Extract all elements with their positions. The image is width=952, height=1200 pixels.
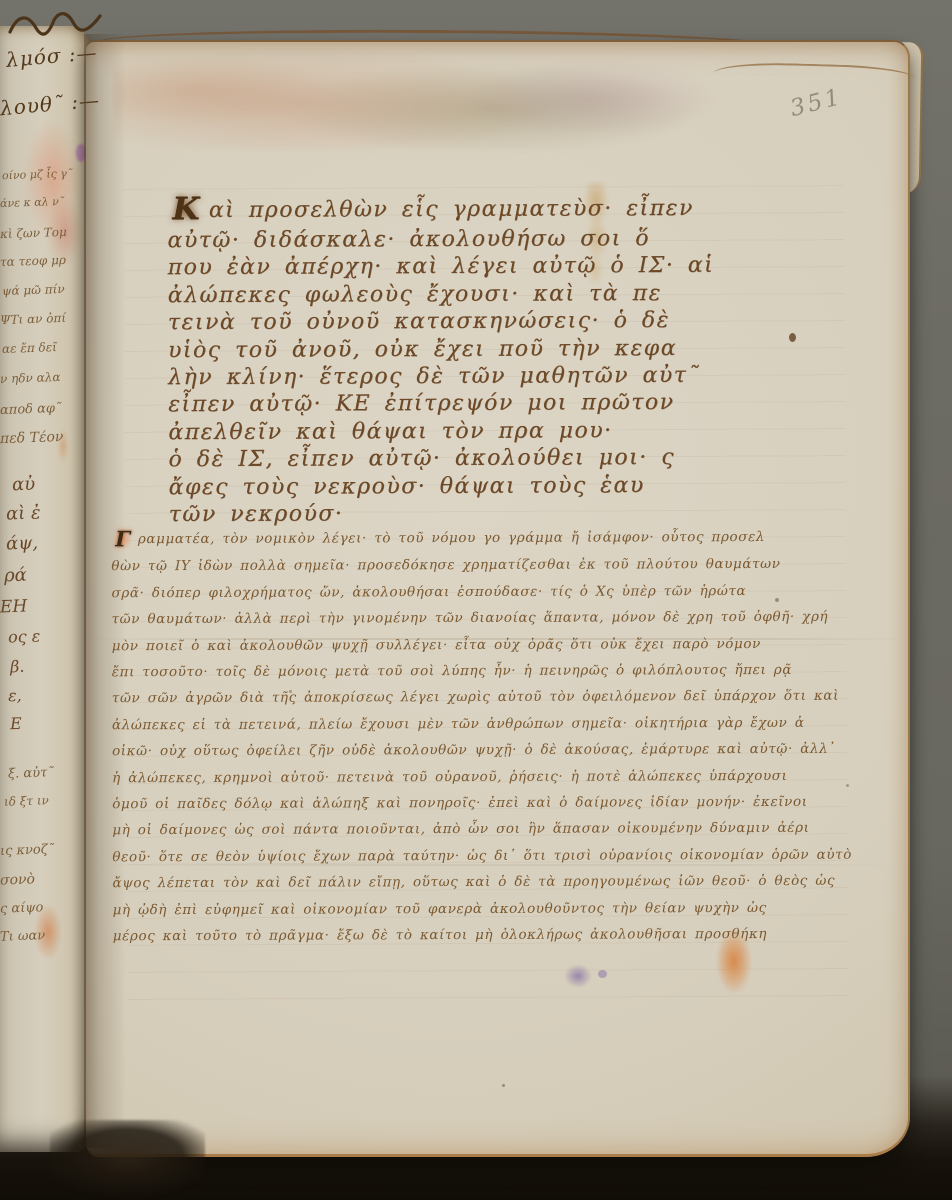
gospel-line: ἀπελθεῖν καὶ θάψαι τὸν πρα μου·: [168, 417, 715, 447]
marginal-fragment: ν ηδν αλα: [0, 370, 61, 386]
parchment-crease: [86, 638, 908, 640]
drip-stain: [578, 182, 614, 284]
marginal-fragment: σονὸ: [0, 871, 35, 888]
commentary-line: ἔπι τοσοῦτο· τοῖς δὲ μόνοις μετὰ τοῦ σοὶ…: [112, 657, 852, 686]
commentary-line: θὼν τῷ ΙΥ ἰδὼν πολλὰ σημεῖα· προσεδόκησε…: [111, 551, 851, 580]
marginal-fragment: ψά μῶ πίν: [2, 282, 65, 298]
gospel-text-block: Καὶ προσελθὼν εἷς γραμματεὺσ· εἶπεν αὐτῷ…: [167, 190, 715, 529]
gospel-line: εἶπεν αὐτῷ· ΚΕ ἐπίτρεψόν μοι πρῶτον: [168, 389, 715, 419]
commentary-line: μὸν ποιεῖ ὁ καὶ ἀκολουθῶν ψυχῇ συλλέγει·…: [112, 630, 852, 659]
commentary-line: οἰκῶ· οὐχ οὕτως ὀφείλει ζῆν οὐδὲ ἀκολουθ…: [112, 736, 852, 765]
facing-leaf-text-fragments: λμόσ :— λουθ῀ :— οίνο μζ ἷς γ῀ άνε κ αλ …: [0, 0, 110, 1200]
marginal-fragment: Ε: [10, 714, 22, 733]
commentary-line: μὴ ᾠδὴ ἐπὶ εὐφημεῖ καὶ οἰκονομίαν τοῦ φα…: [113, 894, 853, 923]
gospel-line: λὴν κλίνη· ἕτερος δὲ τῶν μαθητῶν αὐτ῀: [168, 362, 715, 392]
fox-spot: [502, 1084, 505, 1087]
gospel-line: ἄφες τοὺς νεκροὺσ· θάψαι τοὺς ἑαυ: [168, 471, 715, 501]
marginal-fragment: ΨΤι αν ὀπί: [0, 311, 66, 327]
marginal-fragment: ις κνοζ῀: [0, 842, 55, 859]
marginal-fragment: β.: [10, 657, 25, 676]
gospel-line: υἱὸς τοῦ ἀνοῦ, οὐκ ἔχει ποῦ τὴν κεφα: [168, 334, 715, 364]
commentary-line: ἡ ἀλώπεκες, κρημνοὶ αὐτοῦ· πετεινὰ τοῦ ο…: [112, 762, 852, 791]
marginal-fragment: ΕΗ: [0, 597, 28, 618]
manuscript-photo: 351 Καὶ προσελθὼν εἷς γραμματεὺσ· εἶπεν …: [0, 0, 952, 1200]
fox-spot: [789, 333, 796, 342]
ruling-lines: [124, 185, 848, 1014]
gospel-line: τῶν νεκρούσ·: [169, 499, 716, 529]
commentary-line: ὁμοῦ οἱ παῖδες δόλῳ καὶ ἀλώπηξ καὶ πονηρ…: [112, 789, 852, 818]
marginal-fragment: ε,: [8, 686, 22, 705]
commentary-line: μὴ οἱ δαίμονες ὡς σοὶ πάντα ποιοῦνται, ἀ…: [112, 815, 852, 844]
parchment-crease: [86, 864, 908, 866]
commentary-line: Γραμματέα, τὸν νομικὸν λέγει· τὸ τοῦ νόμ…: [111, 523, 851, 554]
gospel-line: τεινὰ τοῦ οὐνοῦ κατασκηνώσεις· ὁ δὲ: [168, 307, 715, 337]
page-edge-line: [600, 42, 912, 64]
marginal-fragment: πεδ Τέον: [0, 429, 64, 447]
commentary-text-block: Γραμματέα, τὸν νομικὸν λέγει· τὸ τοῦ νόμ…: [111, 523, 852, 950]
pink-stain: [12, 116, 92, 281]
marginal-fragment: Τι ωαν: [0, 928, 45, 945]
commentary-line: μέρος καὶ τοῦτο τὸ πρᾶγμα· ἔξω δὲ τὸ καί…: [113, 921, 853, 950]
marginal-fragment: ς αίψο: [0, 900, 44, 917]
gospel-line: που ἐὰν ἀπέρχη· καὶ λέγει αὐτῷ ὁ ΙΣ· αἱ: [168, 252, 715, 282]
gospel-line-text: αὶ προσελθὼν εἷς γραμματεὺσ· εἶπεν: [209, 196, 694, 223]
purple-smudge-dot: [598, 970, 607, 978]
gospel-line: Καὶ προσελθὼν εἷς γραμματεὺσ· εἶπεν: [167, 190, 714, 227]
marginal-fragment: λουθ῀ :—: [0, 88, 101, 121]
commentary-line: θεοῦ· ὅτε σε θεὸν ὑψίοις ἔχων παρὰ ταύτη…: [112, 842, 852, 871]
gospel-line: αὐτῷ· διδάσκαλε· ἀκολουθήσω σοι ὅ: [167, 225, 714, 255]
purple-smudge: [564, 964, 592, 988]
fox-spot: [289, 690, 292, 693]
marginal-fragment: τα τεοφ μρ: [0, 253, 66, 269]
marginal-fragment: οίνο μζ ἷς γ῀: [2, 167, 73, 182]
marginal-fragment: αποδ αφ῀: [0, 401, 62, 418]
drop-initial: Γ: [111, 525, 135, 553]
folio-number: 351: [788, 84, 846, 122]
table-shadow: [0, 1075, 952, 1200]
pen-trial-squiggle: [8, 8, 104, 38]
marginal-fragment: άνε κ αλ ν῀: [0, 195, 65, 210]
commentary-line: ἀλώπεκες εἰ τὰ πετεινά, πλείω ἔχουσι μὲν…: [112, 710, 852, 739]
manuscript-page: [86, 40, 910, 1157]
orange-stain: [34, 904, 62, 960]
commentary-line: ἄψος λέπεται τὸν καὶ δεῖ πάλιν εἴπῃ, οὕτ…: [112, 868, 852, 897]
marginal-fragment: αὶ ἐ: [6, 502, 41, 524]
wax-stain: [716, 928, 752, 994]
drop-initial: Κ: [167, 192, 206, 227]
marginal-fragment: λμόσ :—: [5, 40, 98, 72]
fox-spot: [846, 784, 849, 787]
gutter-shadow: [84, 34, 126, 1148]
commentary-line: τῶν θαυμάτων· ἀλλὰ περὶ τὴν γινομένην τῶ…: [112, 604, 852, 633]
marginal-fragment: ος ε: [8, 626, 41, 646]
orange-streak-stain: [57, 428, 69, 464]
marginal-fragment: αε ἔπ δεῖ: [2, 340, 57, 356]
commentary-line: τῶν σῶν ἀγρῶν διὰ τῆς ἀποκρίσεως λέγει χ…: [112, 683, 852, 712]
commentary-line: σρᾶ· διόπερ φιλοχρήματος ὤν, ἀκολουθήσαι…: [111, 578, 851, 607]
faded-stain-band: [114, 48, 776, 150]
marginal-fragment: άψ,: [6, 532, 39, 554]
purple-dot-stain: [76, 144, 86, 162]
gospel-line: ὁ δὲ ΙΣ, εἶπεν αὐτῷ· ἀκολούθει μοι· ς: [168, 444, 715, 474]
marginal-fragment: κὶ ζων Τομ: [0, 225, 67, 241]
page-edge-line: [714, 61, 916, 79]
binding-shadow: [50, 1120, 205, 1200]
marginal-fragment: ιδ ξτ ιν: [4, 793, 49, 809]
under-leaf-corner: [865, 42, 924, 195]
marginal-fragment: ρά: [4, 565, 27, 587]
page-edge-line: [95, 28, 785, 48]
gospel-line: ἀλώπεκες φωλεοὺς ἔχουσι· καὶ τὰ πε: [168, 280, 715, 310]
fox-spot: [775, 598, 779, 602]
marginal-fragment: αὐ: [12, 474, 36, 496]
facing-leaf-edge: [0, 26, 98, 1152]
commentary-line-text: ραμματέα, τὸν νομικὸν λέγει· τὸ τοῦ νόμο…: [138, 529, 765, 547]
marginal-fragment: ξ. αὐτ῀: [8, 765, 54, 782]
